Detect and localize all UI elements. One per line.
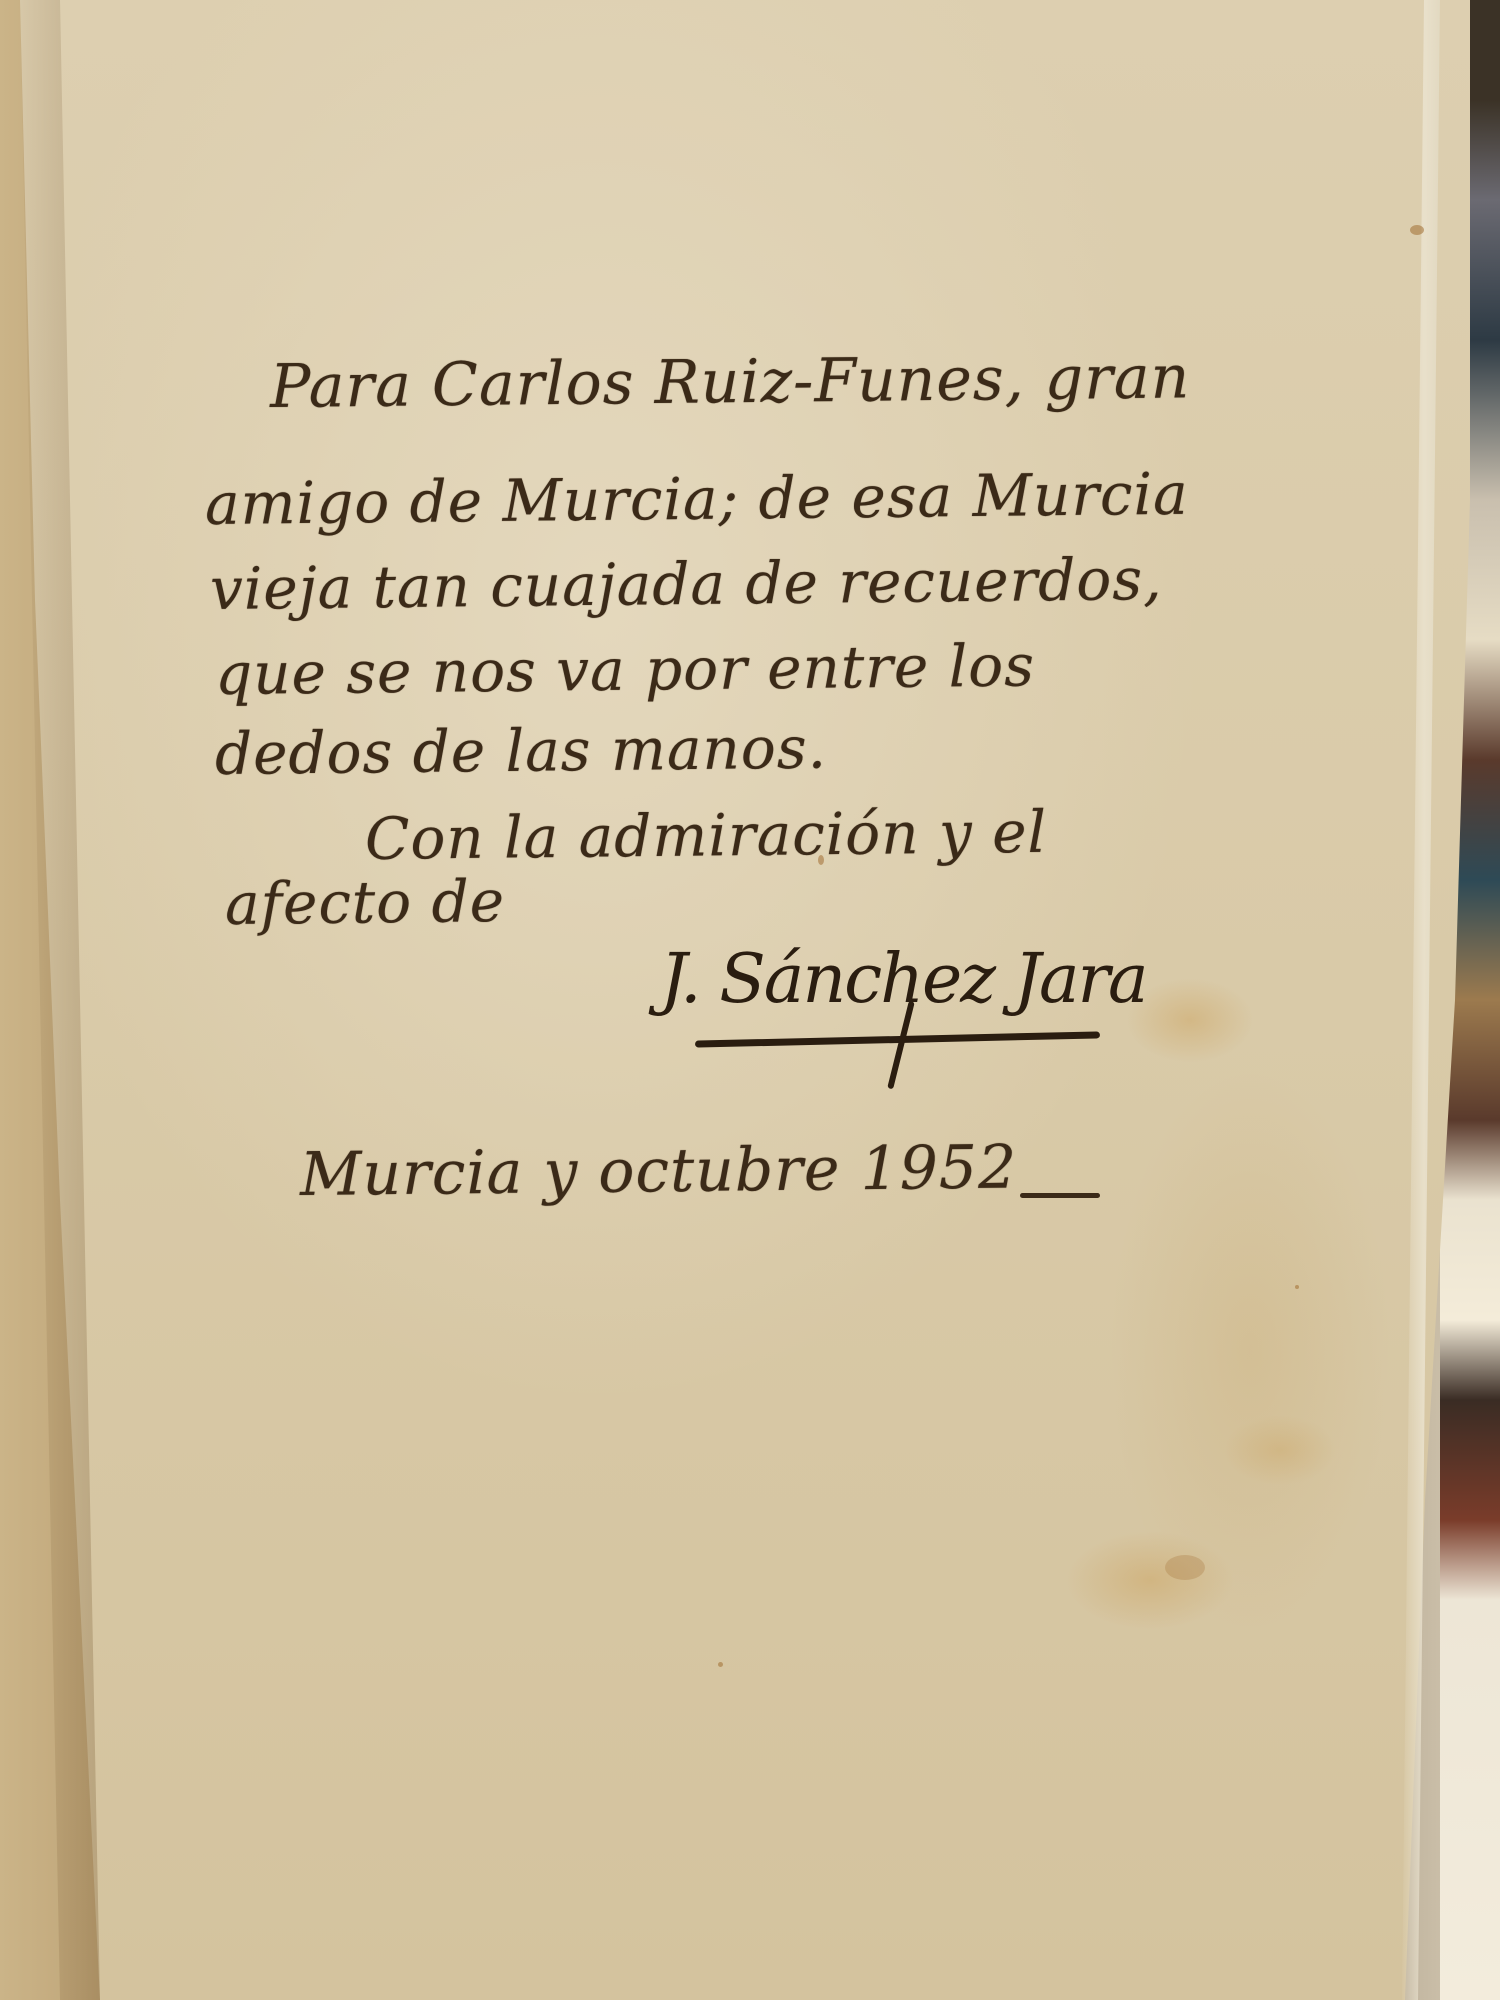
signature: J. Sánchez Jara <box>640 940 1110 1090</box>
inscription-line-6: Con la admiración y el <box>365 798 1048 873</box>
photo-scene: Para Carlos Ruiz-Funes, gran amigo de Mu… <box>0 0 1500 2000</box>
inscription-line-4: que se nos va por entre los <box>215 631 1036 708</box>
place-date-line: Murcia y octubre 1952 <box>300 1132 1018 1210</box>
signature-text: J. Sánchez Jara <box>660 940 1147 1019</box>
inscription-line-2: amigo de Murcia; de esa Murcia <box>205 460 1189 538</box>
inscription-line-5: dedos de las manos. <box>215 714 828 788</box>
date-underline <box>1020 1193 1100 1198</box>
inscription-line-1: Para Carlos Ruiz-Funes, gran <box>270 342 1191 422</box>
inscription: Para Carlos Ruiz-Funes, gran amigo de Mu… <box>0 0 1500 2000</box>
inscription-line-3: vieja tan cuajada de recuerdos, <box>210 545 1163 623</box>
inscription-line-7: afecto de <box>225 867 506 938</box>
